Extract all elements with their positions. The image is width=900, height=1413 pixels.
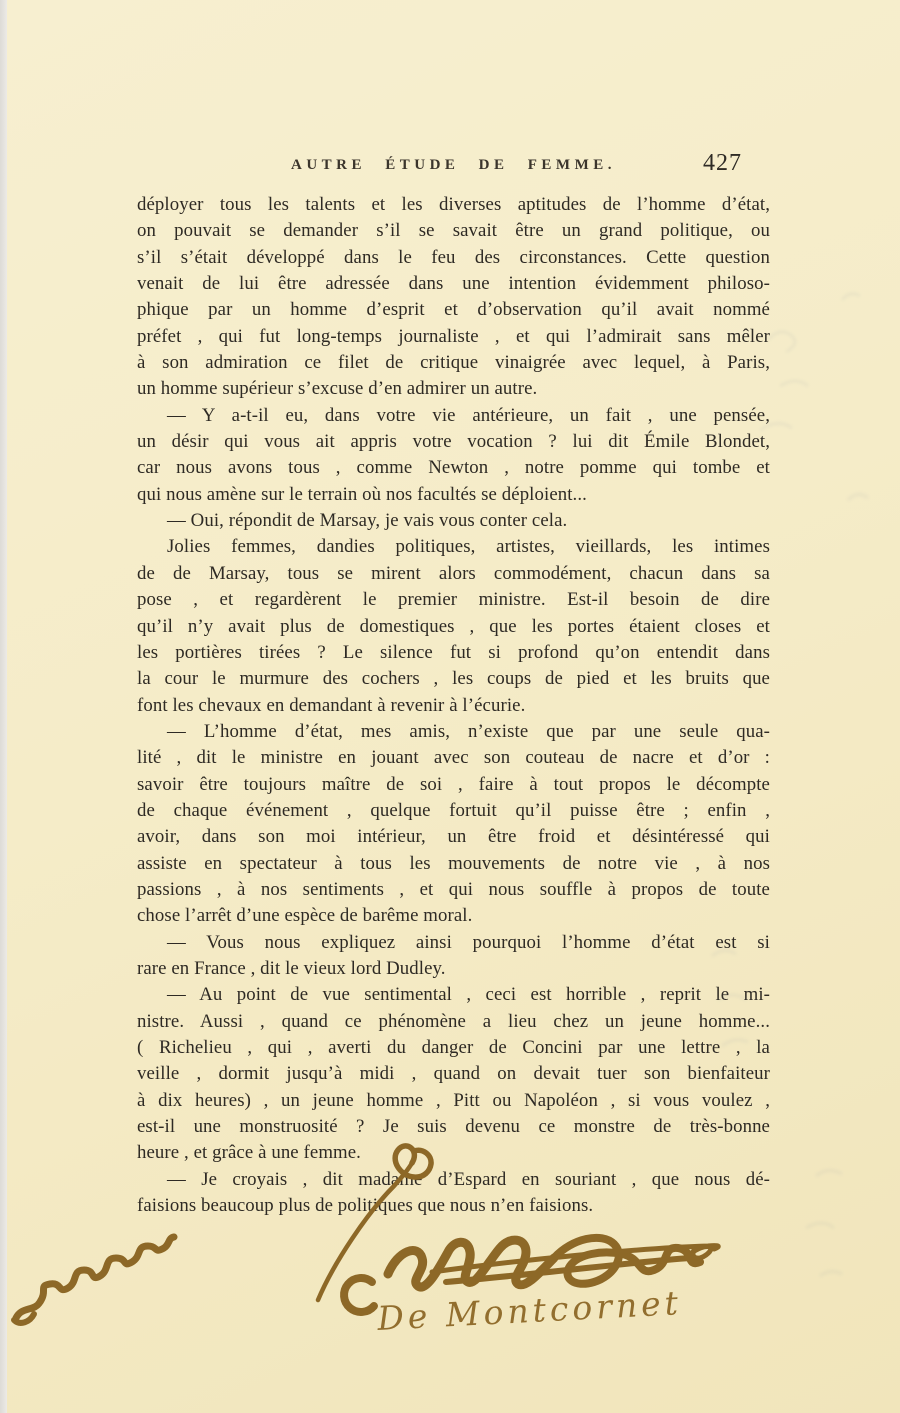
- text-line: préfet , qui fut long-temps journaliste …: [137, 324, 770, 350]
- page-body: déployer tous les talents et les diverse…: [137, 192, 770, 1219]
- text-line: un homme supérieur s’excuse d’en admirer…: [137, 376, 770, 402]
- text-line: Jolies femmes, dandies politiques, artis…: [137, 534, 770, 560]
- header-title: AUTRE ÉTUDE DE FEMME.: [137, 157, 770, 174]
- running-header: AUTRE ÉTUDE DE FEMME. 427: [137, 150, 770, 184]
- text-line: — Vous nous expliquez ainsi pourquoi l’h…: [137, 930, 770, 956]
- text-line: font les chevaux en demandant à revenir …: [137, 693, 770, 719]
- text-line: un désir qui vous ait appris votre vocat…: [137, 429, 770, 455]
- text-line: les portières tirées ? Le silence fut si…: [137, 640, 770, 666]
- text-line: veille , dormit jusqu’à midi , quand on …: [137, 1061, 770, 1087]
- text-line: pose , et regardèrent le premier ministr…: [137, 587, 770, 613]
- text-line: savoir être toujours maître de soi , fai…: [137, 772, 770, 798]
- text-line: — L’homme d’état, mes amis, n’existe que…: [137, 719, 770, 745]
- text-line: qu’il n’y avait plus de domestiques , qu…: [137, 614, 770, 640]
- text-line: faisions beaucoup plus de politiques que…: [137, 1193, 770, 1219]
- text-line: passions , à nos sentiments , et qui nou…: [137, 877, 770, 903]
- text-line: de chaque événement , quelque fortuit qu…: [137, 798, 770, 824]
- text-line: — Y a-t-il eu, dans votre vie antérieure…: [137, 403, 770, 429]
- text-line: nistre. Aussi , quand ce phénomène a lie…: [137, 1009, 770, 1035]
- text-line: lité , dit le ministre en jouant avec so…: [137, 745, 770, 771]
- text-line: — Oui, répondit de Marsay, je vais vous …: [137, 508, 770, 534]
- text-line: à son admiration ce filet de critique vi…: [137, 350, 770, 376]
- scanned-book-page: { "page": { "header": { "title": "AUTRE …: [0, 0, 900, 1413]
- text-line: rare en France , dit le vieux lord Dudle…: [137, 956, 770, 982]
- text-line: qui nous amène sur le terrain où nos fac…: [137, 482, 770, 508]
- text-line: s’il s’était développé dans le feu des c…: [137, 245, 770, 271]
- book-page: AUTRE ÉTUDE DE FEMME. 427 déployer tous …: [7, 0, 900, 1413]
- text-line: est-il une monstruosité ? Je suis devenu…: [137, 1114, 770, 1140]
- scan-edge-strip: [0, 0, 7, 1413]
- text-line: avoir, dans son moi intérieur, un être f…: [137, 824, 770, 850]
- text-line: déployer tous les talents et les diverse…: [137, 192, 770, 218]
- page-number: 427: [703, 150, 742, 177]
- text-line: on pouvait se demander s’il se savait êt…: [137, 218, 770, 244]
- text-line: — Je croyais , dit madame d’Espard en so…: [137, 1167, 770, 1193]
- text-line: — Au point de vue sentimental , ceci est…: [137, 982, 770, 1008]
- text-line: phique par un homme d’esprit et d’observ…: [137, 297, 770, 323]
- text-line: ( Richelieu , qui , averti du danger de …: [137, 1035, 770, 1061]
- text-line: assiste en spectateur à tous les mouveme…: [137, 851, 770, 877]
- text-line: venait de lui être adressée dans une int…: [137, 271, 770, 297]
- text-line: car nous avons tous , comme Newton , not…: [137, 455, 770, 481]
- text-line: à dix heures) , un jeune homme , Pitt ou…: [137, 1088, 770, 1114]
- text-line: chose l’arrêt d’une espèce de barême mor…: [137, 903, 770, 929]
- text-line: la cour le murmure des cochers , les cou…: [137, 666, 770, 692]
- text-line: de de Marsay, tous se mirent alors commo…: [137, 561, 770, 587]
- text-line: heure , et grâce à une femme.: [137, 1140, 770, 1166]
